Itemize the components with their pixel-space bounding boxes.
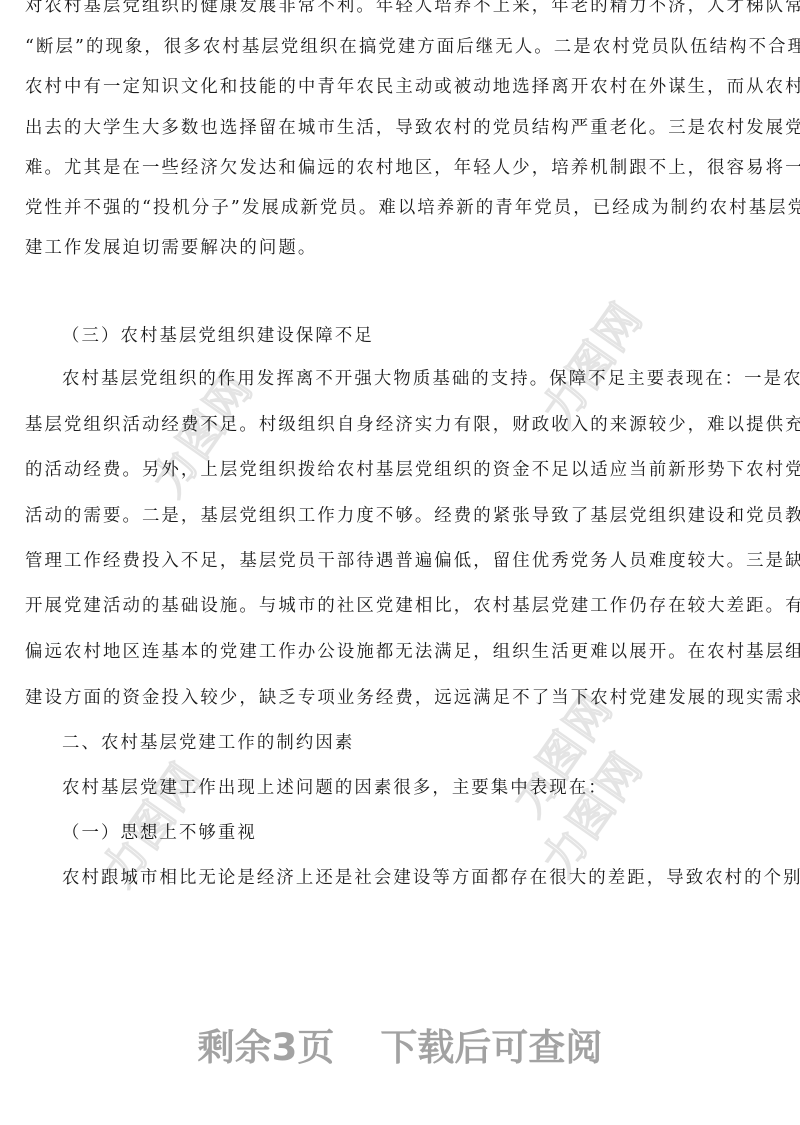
- chapter-heading: 二、农村基层党建工作的制约因素: [62, 731, 777, 755]
- download-prompt-banner[interactable]: 剩余3页下载后可查阅: [0, 1024, 800, 1072]
- body-text-line: 开展党建活动的基础设施。与城市的社区党建相比，农村基层党建工作仍存在较大差距。有…: [25, 594, 777, 618]
- section-heading: （一）思想上不够重视: [62, 821, 777, 845]
- body-text-line: 的活动经费。另外，上层党组织拨给农村基层党组织的资金不足以适应当前新形势下农村党…: [25, 458, 777, 482]
- body-text-line: 党性并不强的“投机分子”发展成新党员。难以培养新的青年党员，已经成为制约农村基层…: [25, 196, 777, 220]
- download-hint-label: 下载后可查阅: [380, 1026, 602, 1069]
- body-text-line: 出去的大学生大多数也选择留在城市生活，导致农村的党员结构严重老化。三是农村发展党…: [25, 116, 777, 140]
- paragraph-first-line: 农村基层党建工作出现上述问题的因素很多，主要集中表现在：: [62, 776, 777, 800]
- body-text-line: 偏远农村地区连基本的党建工作办公设施都无法满足，组织生活更难以展开。在农村基层组…: [25, 640, 777, 664]
- body-text-line: 建设方面的资金投入较少，缺乏专项业务经费，远远满足不了当下农村党建发展的现实需求…: [25, 686, 777, 710]
- document-page: 力图网 力图网 力图网 力图网 力图网 对农村基层党组织的健康发展非常不利。年轻…: [0, 0, 800, 1125]
- body-text-line: 管理工作经费投入不足，基层党员干部待遇普遍偏低，留住优秀党务人员难度较大。三是缺…: [25, 549, 777, 573]
- body-text-line: “断层”的现象，很多农村基层党组织在搞党建方面后继无人。二是农村党员队伍结构不合…: [25, 35, 777, 59]
- body-text-line: 难。尤其是在一些经济欠发达和偏远的农村地区，年轻人少，培养机制跟不上，很容易将一…: [25, 156, 777, 180]
- body-text-line: 建工作发展迫切需要解决的问题。: [25, 236, 317, 260]
- body-text-line: 基层党组织活动经费不足。村级组织自身经济实力有限，财政收入的来源较少，难以提供充…: [25, 413, 777, 437]
- watermark-text: 力图网: [523, 737, 655, 887]
- paragraph-first-line: 农村基层党组织的作用发挥离不开强大物质基础的支持。保障不足主要表现在：一是农村: [62, 367, 777, 391]
- body-text-line: 对农村基层党组织的健康发展非常不利。年轻人培养不上来，年老的精力不济，人才梯队常…: [25, 0, 777, 18]
- section-heading: （三）农村基层党组织建设保障不足: [62, 324, 777, 348]
- remaining-pages-label: 剩余3页: [198, 1026, 335, 1069]
- paragraph-first-line: 农村跟城市相比无论是经济上还是社会建设等方面都存在很大的差距，导致农村的个别领: [62, 866, 777, 890]
- body-text-line: 活动的需要。二是，基层党组织工作力度不够。经费的紧张导致了基层党组织建设和党员教…: [25, 504, 777, 528]
- body-text-line: 农村中有一定知识文化和技能的中青年农民主动或被动地选择离开农村在外谋生，而从农村…: [25, 75, 777, 99]
